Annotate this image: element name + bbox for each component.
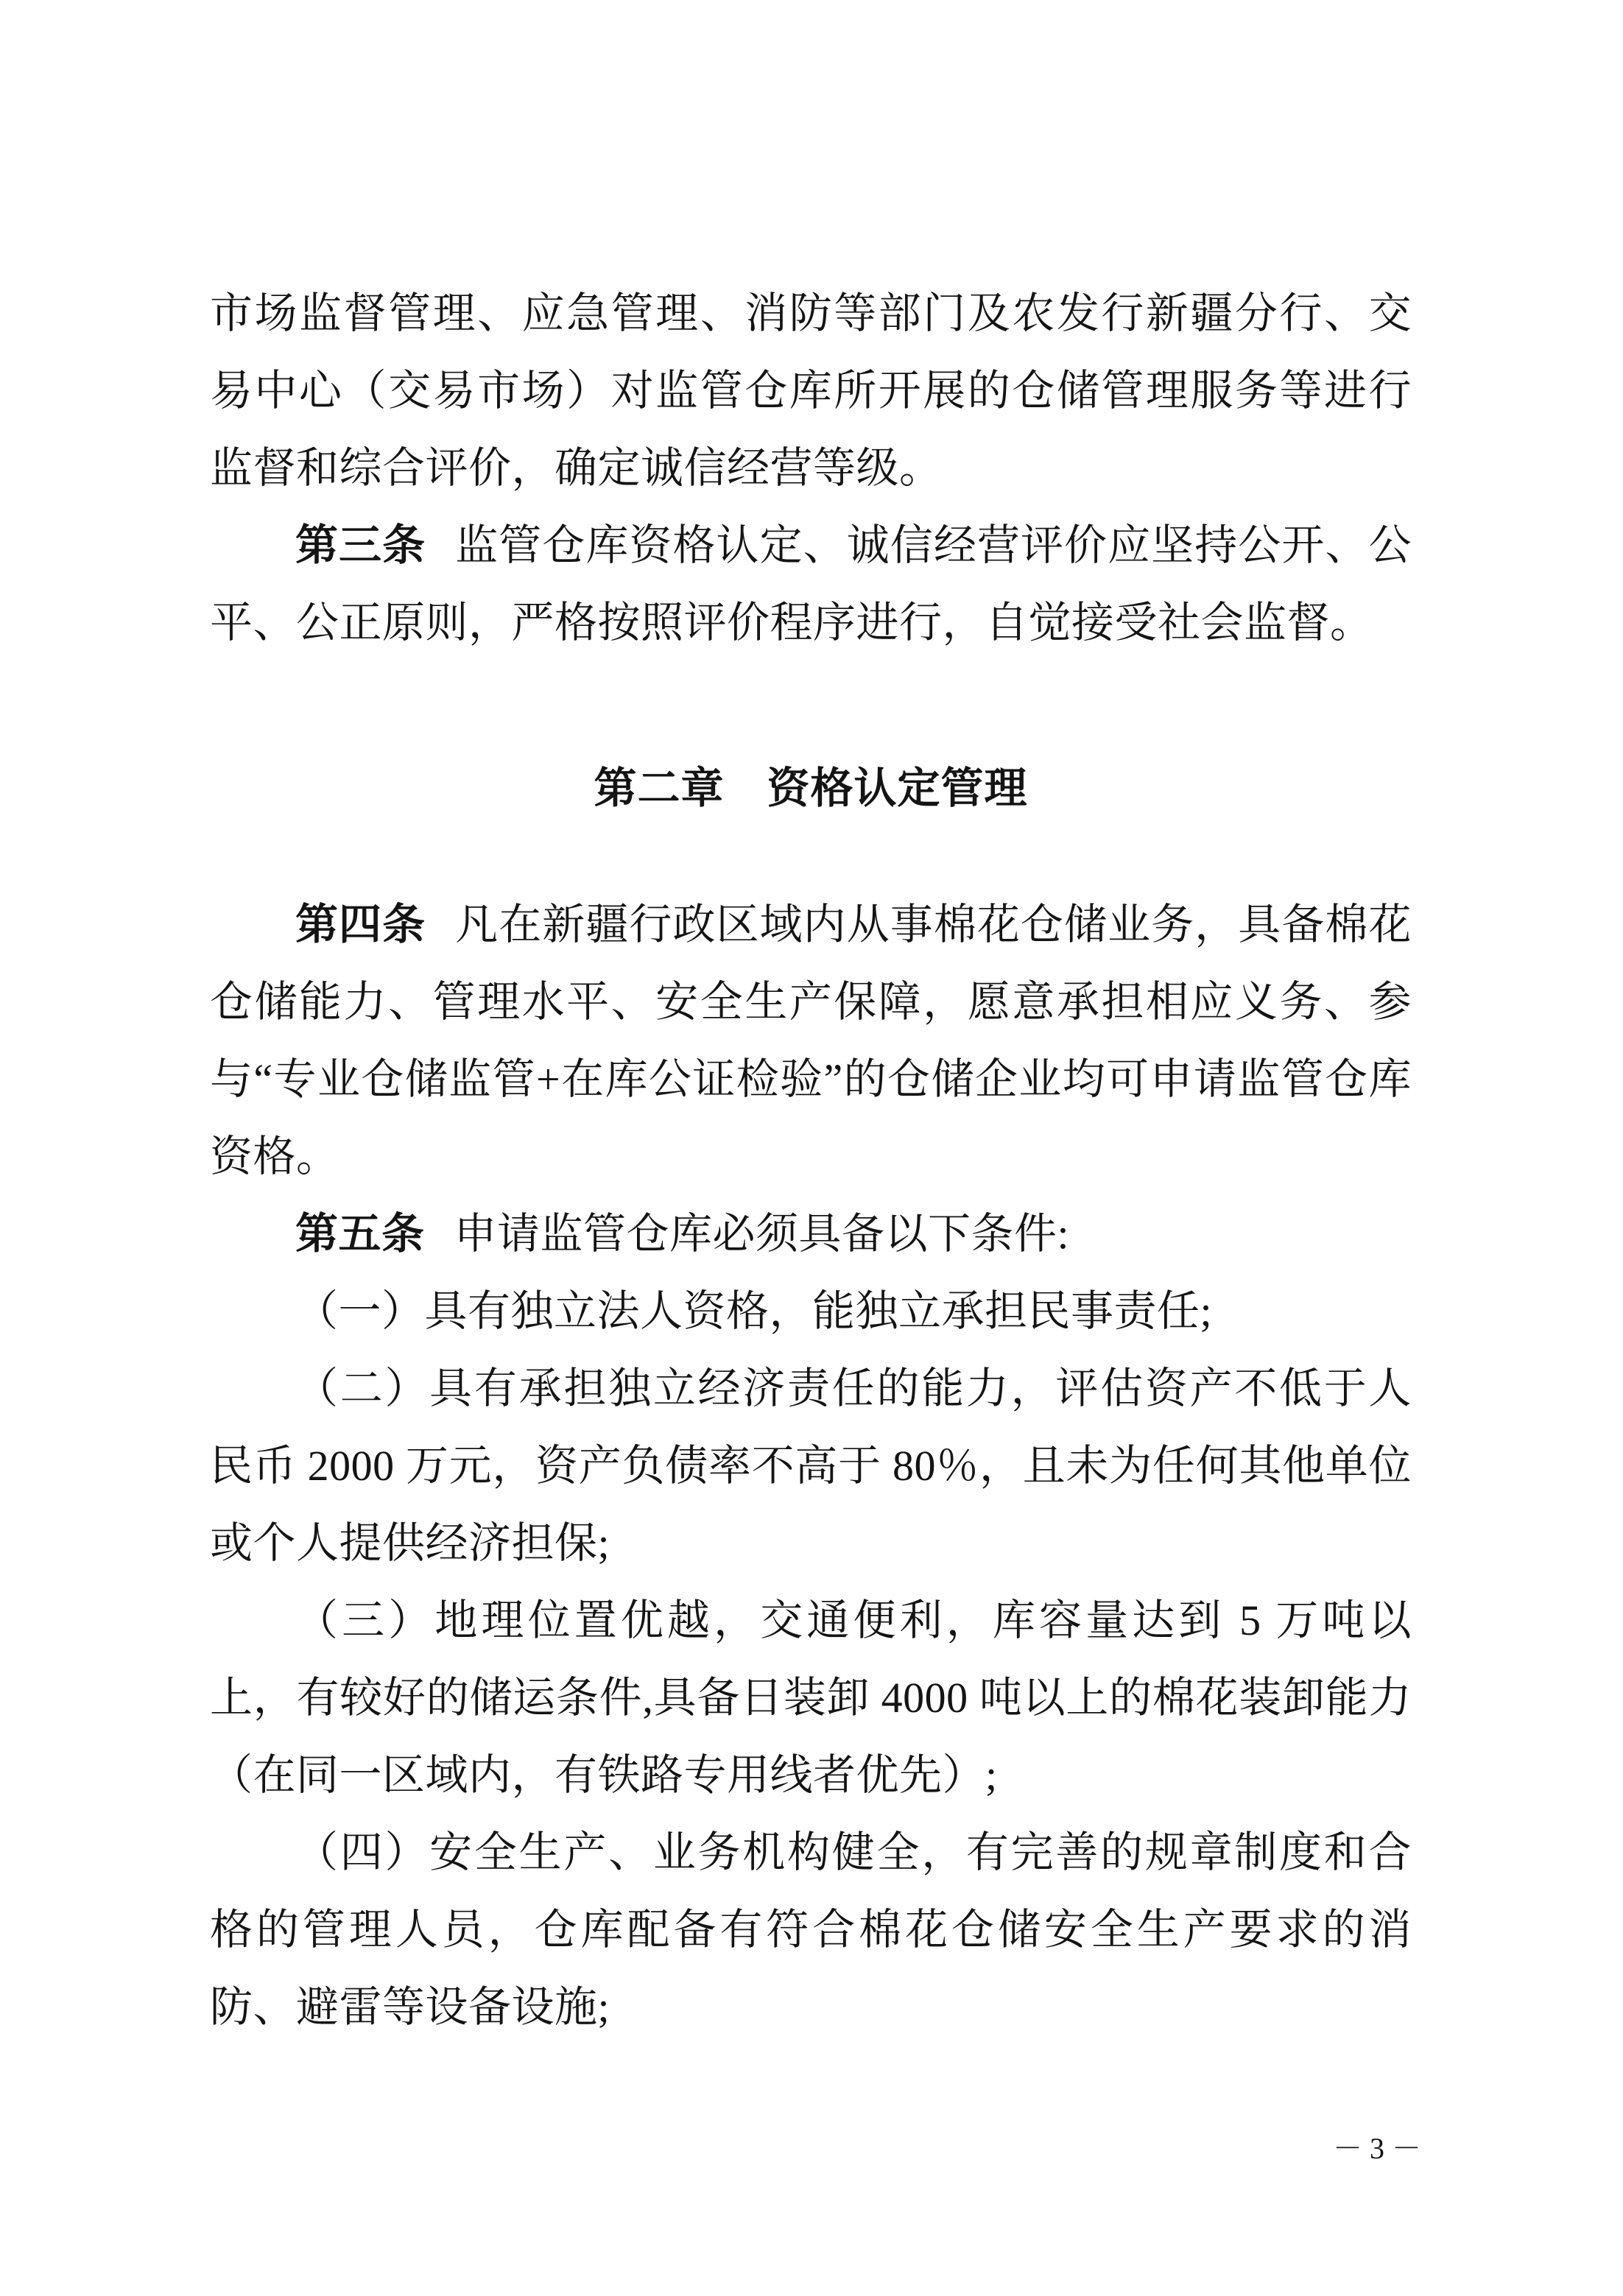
document-page: 市场监督管理、应急管理、消防等部门及农发行新疆分行、交易中心（交易市场）对监管仓… (0, 0, 1623, 2296)
article-5-paragraph: 第五条申请监管仓库必须具备以下条件: (210, 1195, 1412, 1272)
article-5-label: 第五条 (295, 1210, 425, 1258)
article-4-label: 第四条 (295, 901, 426, 948)
page-footer: － 3 － (1333, 2131, 1421, 2166)
article-5-item-1-text: （一）具有独立法人资格，能独立承担民事责任; (295, 1287, 1212, 1335)
chapter-2-number: 第二章 (594, 764, 724, 812)
article-3-paragraph: 第三条监管仓库资格认定、诚信经营评价应坚持公开、公平、公正原则，严格按照评价程序… (210, 507, 1412, 661)
article-5-text: 申请监管仓库必须具备以下条件: (454, 1210, 1070, 1258)
article-5-item-4: （四）安全生产、业务机构健全，有完善的规章制度和合格的管理人员，仓库配备有符合棉… (210, 1814, 1412, 2046)
document-body: 市场监督管理、应急管理、消防等部门及农发行新疆分行、交易中心（交易市场）对监管仓… (210, 275, 1412, 2046)
chapter-2-heading: 第二章资格认定管理 (210, 750, 1412, 827)
paragraph-continuation-text: 市场监督管理、应急管理、消防等部门及农发行新疆分行、交易中心（交易市场）对监管仓… (210, 289, 1412, 492)
article-5-item-4-text: （四）安全生产、业务机构健全，有完善的规章制度和合格的管理人员，仓库配备有符合棉… (210, 1828, 1412, 2031)
article-5-item-3: （三）地理位置优越，交通便利，库容量达到 5 万吨以上，有较好的储运条件,具备日… (210, 1582, 1412, 1814)
article-5-item-2-text: （二）具有承担独立经济责任的能力，评估资产不低于人民币 2000 万元，资产负债… (210, 1364, 1412, 1567)
article-3-label: 第三条 (295, 521, 426, 569)
article-5-item-1: （一）具有独立法人资格，能独立承担民事责任; (210, 1272, 1412, 1350)
paragraph-continuation: 市场监督管理、应急管理、消防等部门及农发行新疆分行、交易中心（交易市场）对监管仓… (210, 275, 1412, 507)
chapter-2-title: 资格认定管理 (767, 764, 1028, 812)
page-number: － 3 － (1333, 2132, 1421, 2165)
article-5-item-3-text: （三）地理位置优越，交通便利，库容量达到 5 万吨以上，有较好的储运条件,具备日… (210, 1596, 1412, 1799)
article-4-paragraph: 第四条凡在新疆行政区域内从事棉花仓储业务，具备棉花仓储能力、管理水平、安全生产保… (210, 886, 1412, 1195)
article-5-item-2: （二）具有承担独立经济责任的能力，评估资产不低于人民币 2000 万元，资产负债… (210, 1350, 1412, 1582)
